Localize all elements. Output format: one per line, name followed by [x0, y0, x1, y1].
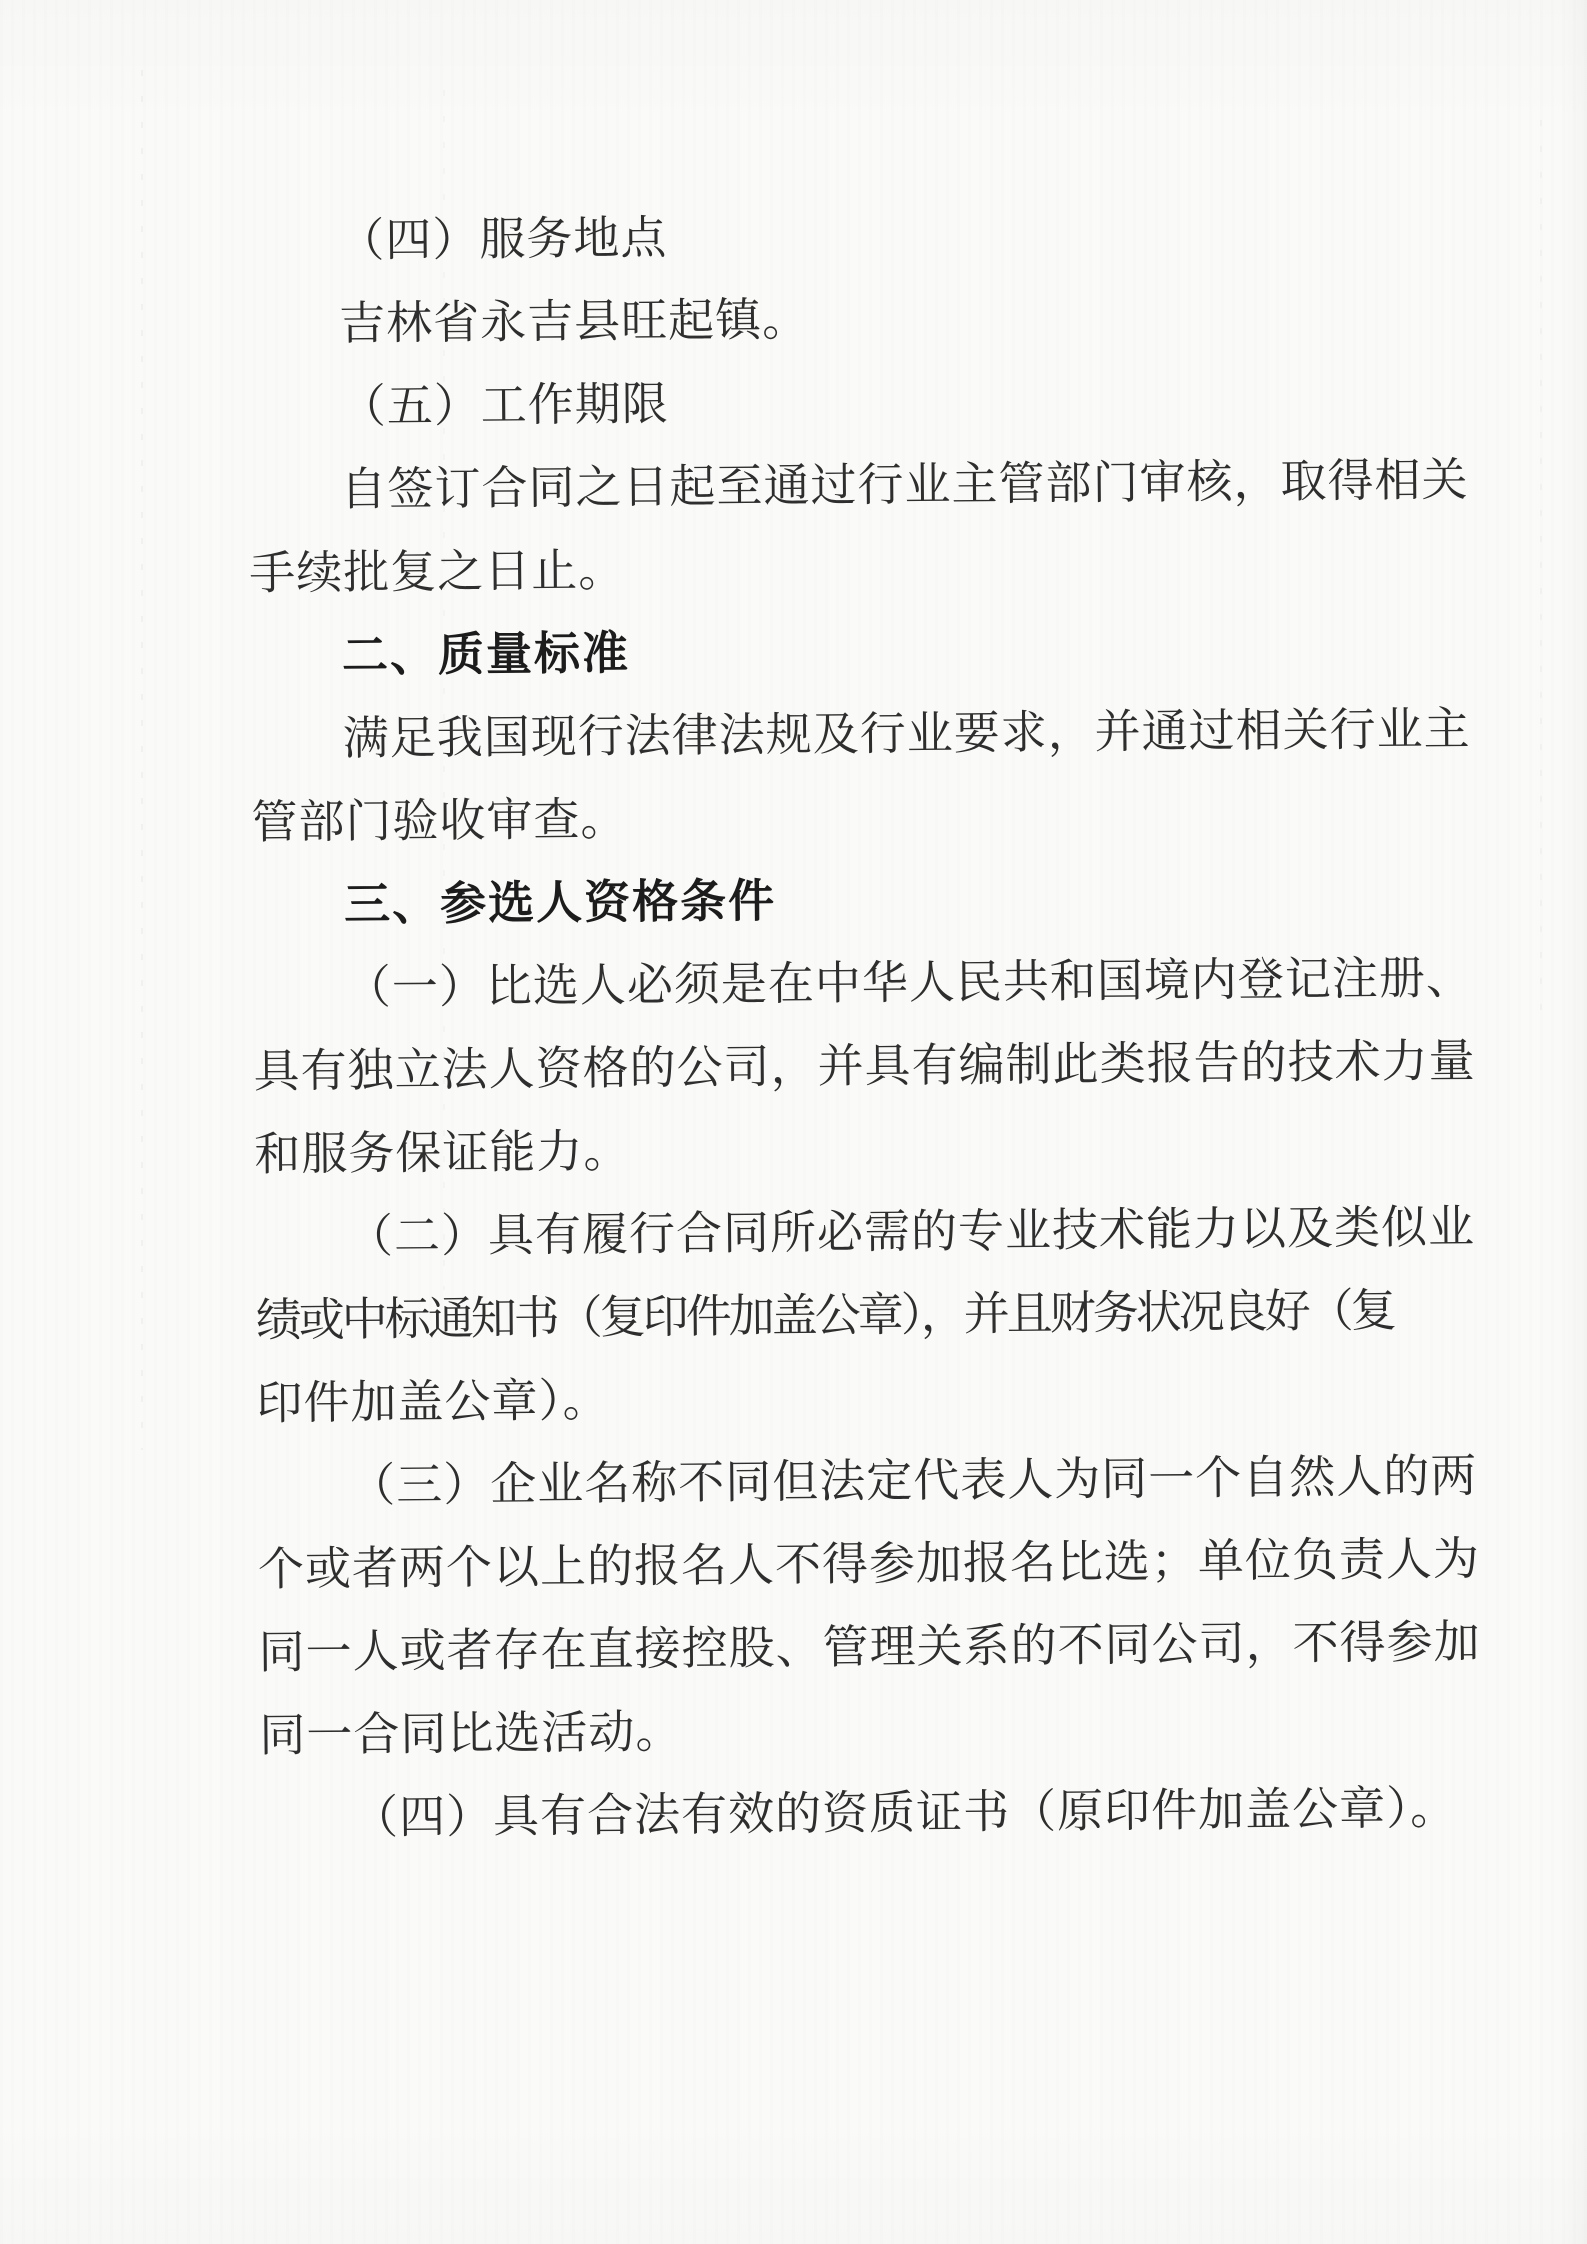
text-line: （三）企业名称不同但法定代表人为同一个自然人的两: [257, 1434, 1528, 1528]
text-line: 自签订合同之日起至通过行业主管部门审核，取得相关: [248, 438, 1519, 532]
text-line: （四）具有合法有效的资质证书（原印件加盖公章）。: [260, 1766, 1531, 1860]
text-line: 满足我国现行法律法规及行业要求，并通过相关行业主: [250, 687, 1521, 781]
heading-line: 三、参选人资格条件: [252, 853, 1523, 947]
text-line: 和服务保证能力。: [254, 1102, 1525, 1196]
scanned-document-page: { "page": { "background_color": "#fafaf8…: [0, 0, 1587, 2244]
text-line: 管部门验收审查。: [251, 770, 1522, 864]
heading-line: 二、质量标准: [250, 604, 1521, 698]
text-line: （四）服务地点: [246, 189, 1517, 283]
scan-artifact-streak: [141, 70, 143, 1450]
text-line: 绩或中标通知书（复印件加盖公章），并且财务状况良好（复: [255, 1268, 1526, 1362]
text-line: （一）比选人必须是在中华人民共和国境内登记注册、: [253, 936, 1524, 1030]
text-line: 同一人或者存在直接控股、管理关系的不同公司，不得参加: [258, 1600, 1529, 1694]
text-line: 吉林省永吉县旺起镇。: [247, 272, 1518, 366]
text-line: （二）具有履行合同所必需的专业技术能力以及类似业: [255, 1185, 1526, 1279]
text-line: 手续批复之日止。: [249, 521, 1520, 615]
text-line: 具有独立法人资格的公司，并具有编制此类报告的技术力量: [253, 1019, 1524, 1113]
document-lines: （四）服务地点吉林省永吉县旺起镇。（五）工作期限自签订合同之日起至通过行业主管部…: [246, 189, 1530, 1860]
text-line: 同一合同比选活动。: [259, 1683, 1530, 1777]
text-line: （五）工作期限: [247, 355, 1518, 449]
text-line: 印件加盖公章）。: [256, 1351, 1527, 1445]
scan-artifact-streak: [1540, 120, 1542, 1020]
scan-edge-shading: [1561, 0, 1587, 2244]
text-line: 个或者两个以上的报名人不得参加报名比选；单位负责人为: [258, 1517, 1529, 1611]
